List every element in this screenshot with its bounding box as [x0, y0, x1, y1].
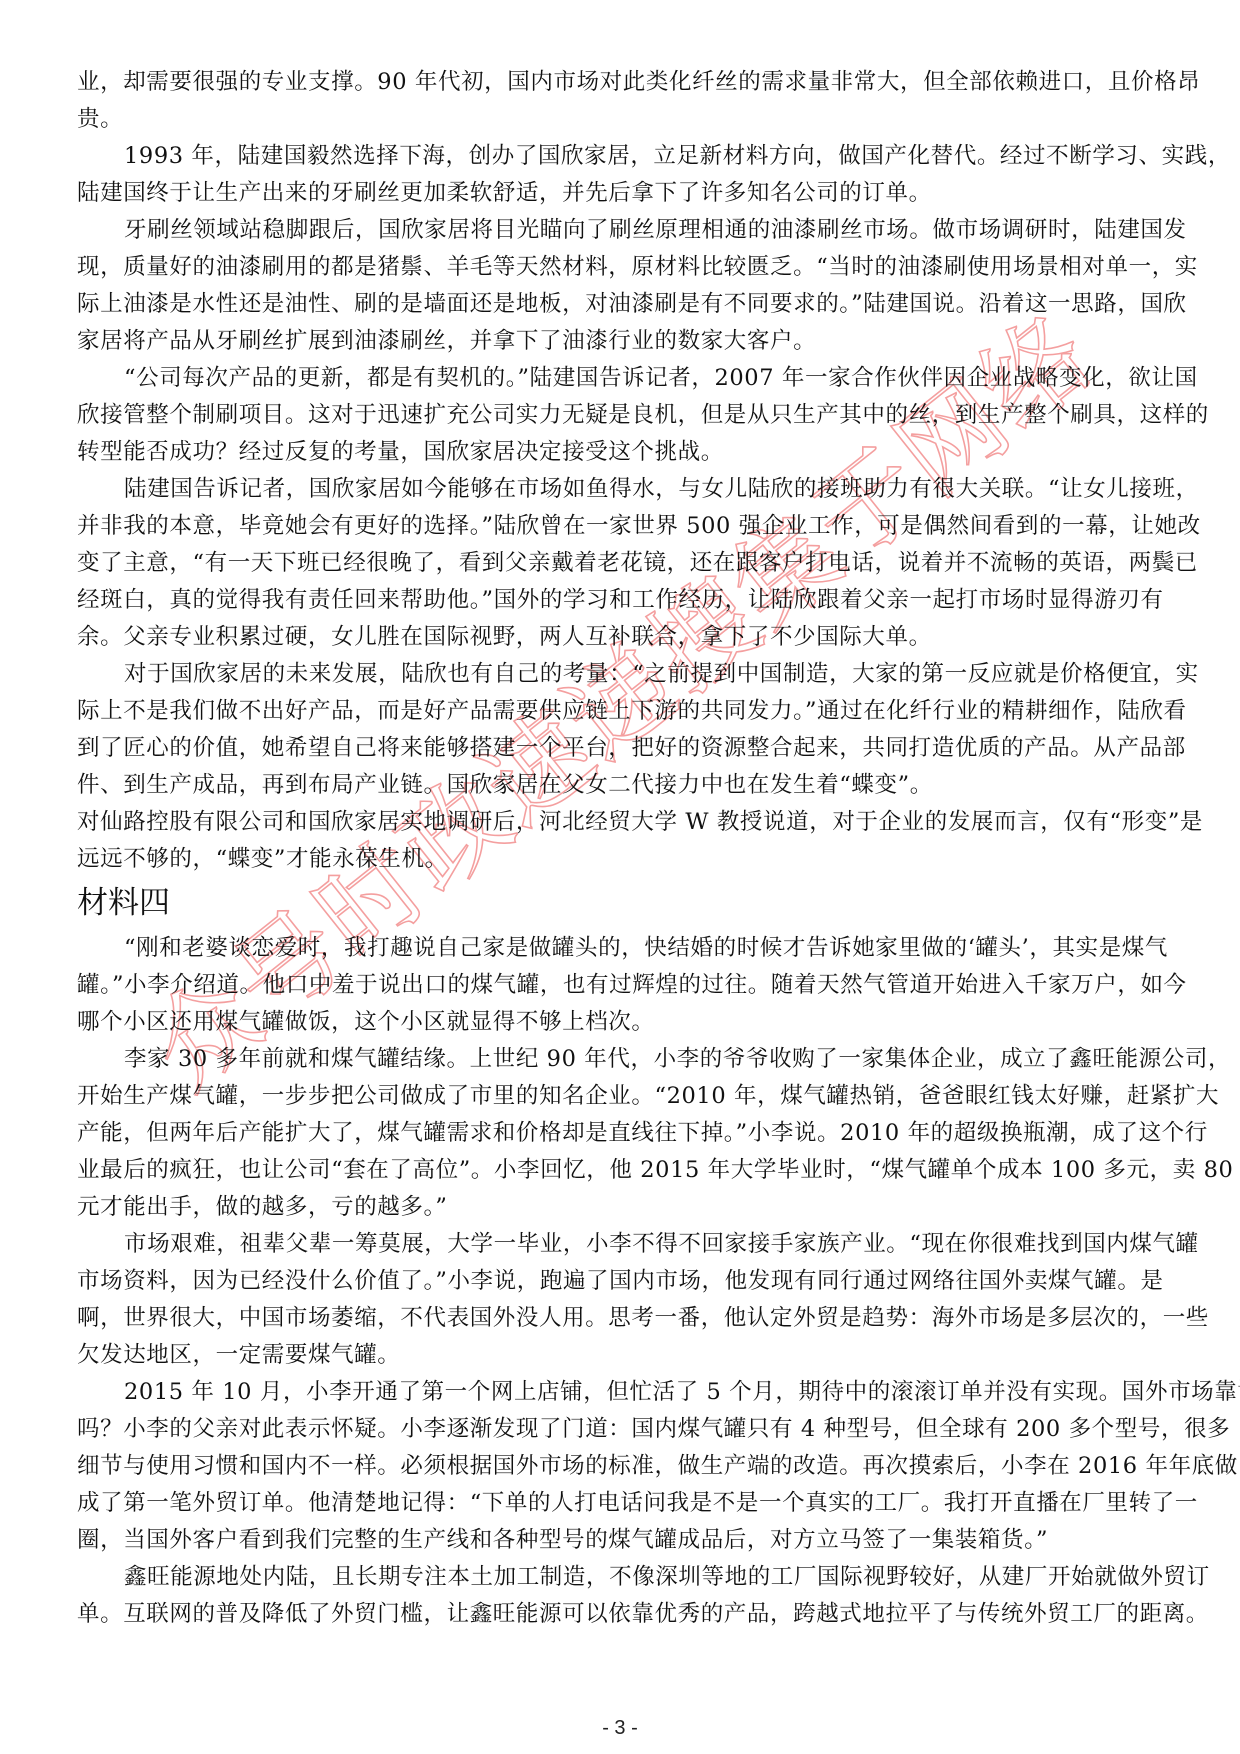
text-line: 际上不是我们做不出好产品，而是好产品需要供应链上下游的共同发力。”通过在化纤行业…	[77, 693, 1132, 730]
text-line: 哪个小区还用煤气罐做饭，这个小区就显得不够上档次。	[77, 1004, 1132, 1041]
text-line: 1993 年，陆建国毅然选择下海，创办了国欣家居，立足新材料方向，做国产化替代。…	[77, 138, 1132, 175]
text-line: 远远不够的，“蝶变”才能永葆生机。	[77, 841, 1132, 878]
text-line: 李家 30 多年前就和煤气罐结缘。上世纪 90 年代，小李的爷爷收购了一家集体企…	[77, 1041, 1132, 1078]
text-line: 际上油漆是水性还是油性、刷的是墙面还是地板，对油漆刷是有不同要求的。”陆建国说。…	[77, 286, 1132, 323]
document-page: 众号时政速递搜集于网络 业，却需要很强的专业支撑。90 年代初，国内市场对此类化…	[0, 0, 1240, 1754]
text-line: 细节与使用习惯和国内不一样。必须根据国外市场的标准，做生产端的改造。再次摸索后，…	[77, 1448, 1132, 1485]
text-line: 牙刷丝领域站稳脚跟后，国欣家居将目光瞄向了刷丝原理相通的油漆刷丝市场。做市场调研…	[77, 212, 1132, 249]
text-line: 对于国欣家居的未来发展，陆欣也有自己的考量：“之前提到中国制造，大家的第一反应就…	[77, 656, 1132, 693]
text-line: 市场资料，因为已经没什么价值了。”小李说，跑遍了国内市场，他发现有同行通过网络往…	[77, 1263, 1132, 1300]
text-line: 到了匠心的价值，她希望自己将来能够搭建一个平台，把好的资源整合起来，共同打造优质…	[77, 730, 1132, 767]
text-line: 罐。”小李介绍道。他口中羞于说出口的煤气罐，也有过辉煌的过往。随着天然气管道开始…	[77, 967, 1132, 1004]
text-line: 欣接管整个制刷项目。这对于迅速扩充公司实力无疑是良机，但是从只生产其中的丝，到生…	[77, 397, 1132, 434]
text-line: “公司每次产品的更新，都是有契机的。”陆建国告诉记者，2007 年一家合作伙伴因…	[77, 360, 1132, 397]
text-line: 鑫旺能源地处内陆，且长期专注本土加工制造，不像深圳等地的工厂国际视野较好，从建厂…	[77, 1559, 1132, 1596]
text-line: 市场艰难，祖辈父辈一筹莫展，大学一毕业，小李不得不回家接手家族产业。“现在你很难…	[77, 1226, 1132, 1263]
text-line: 陆建国终于让生产出来的牙刷丝更加柔软舒适，并先后拿下了许多知名公司的订单。	[77, 175, 1132, 212]
text-line: 开始生产煤气罐，一步步把公司做成了市里的知名企业。“2010 年，煤气罐热销，爸…	[77, 1078, 1132, 1115]
text-line: 余。父亲专业积累过硬，女儿胜在国际视野，两人互补联合，拿下了不少国际大单。	[77, 619, 1132, 656]
document-body: 业，却需要很强的专业支撑。90 年代初，国内市场对此类化纤丝的需求量非常大，但全…	[77, 64, 1132, 1633]
text-line: 单。互联网的普及降低了外贸门槛，让鑫旺能源可以依靠优秀的产品，跨越式地拉平了与传…	[77, 1596, 1132, 1633]
text-line: 贵。	[77, 101, 1132, 138]
section-heading-material-four: 材料四	[77, 880, 1132, 930]
text-line: 2015 年 10 月，小李开通了第一个网上店铺，但忙活了 5 个月，期待中的滚…	[77, 1374, 1132, 1411]
text-line: 欠发达地区，一定需要煤气罐。	[77, 1337, 1132, 1374]
text-line: 业最后的疯狂，也让公司“套在了高位”。小李回忆，他 2015 年大学毕业时，“煤…	[77, 1152, 1132, 1189]
text-line: 成了第一笔外贸订单。他清楚地记得：“下单的人打电话问我是不是一个真实的工厂。我打…	[77, 1485, 1132, 1522]
text-line: “刚和老婆谈恋爱时，我打趣说自己家是做罐头的，快结婚的时候才告诉她家里做的‘罐头…	[77, 930, 1132, 967]
text-line: 并非我的本意，毕竟她会有更好的选择。”陆欣曾在一家世界 500 强企业工作，可是…	[77, 508, 1132, 545]
page-number: - 3 -	[0, 1717, 1240, 1740]
text-line: 家居将产品从牙刷丝扩展到油漆刷丝，并拿下了油漆行业的数家大客户。	[77, 323, 1132, 360]
text-line: 对仙路控股有限公司和国欣家居实地调研后，河北经贸大学 W 教授说道，对于企业的发…	[77, 804, 1132, 841]
text-line: 件、到生产成品，再到布局产业链。国欣家居在父女二代接力中也在发生着“蝶变”。	[77, 767, 1132, 804]
text-line: 啊，世界很大，中国市场萎缩，不代表国外没人用。思考一番，他认定外贸是趋势：海外市…	[77, 1300, 1132, 1337]
text-line: 现，质量好的油漆刷用的都是猪鬃、羊毛等天然材料，原材料比较匮乏。“当时的油漆刷使…	[77, 249, 1132, 286]
material-three-continued: 业，却需要很强的专业支撑。90 年代初，国内市场对此类化纤丝的需求量非常大，但全…	[77, 64, 1132, 878]
text-line: 圈，当国外客户看到我们完整的生产线和各种型号的煤气罐成品后，对方立马签了一集装箱…	[77, 1522, 1132, 1559]
text-line: 元才能出手，做的越多，亏的越多。”	[77, 1189, 1132, 1226]
text-line: 产能，但两年后产能扩大了，煤气罐需求和价格却是直线往下掉。”小李说。2010 年…	[77, 1115, 1132, 1152]
text-line: 变了主意，“有一天下班已经很晚了，看到父亲戴着老花镜，还在跟客户打电话，说着并不…	[77, 545, 1132, 582]
text-line: 经斑白，真的觉得我有责任回来帮助他。”国外的学习和工作经历，让陆欣跟着父亲一起打…	[77, 582, 1132, 619]
text-line: 转型能否成功？经过反复的考量，国欣家居决定接受这个挑战。	[77, 434, 1132, 471]
material-four: “刚和老婆谈恋爱时，我打趣说自己家是做罐头的，快结婚的时候才告诉她家里做的‘罐头…	[77, 930, 1132, 1633]
text-line: 业，却需要很强的专业支撑。90 年代初，国内市场对此类化纤丝的需求量非常大，但全…	[77, 64, 1132, 101]
text-line: 吗？小李的父亲对此表示怀疑。小李逐渐发现了门道：国内煤气罐只有 4 种型号，但全…	[77, 1411, 1132, 1448]
text-line: 陆建国告诉记者，国欣家居如今能够在市场如鱼得水，与女儿陆欣的接班助力有很大关联。…	[77, 471, 1132, 508]
